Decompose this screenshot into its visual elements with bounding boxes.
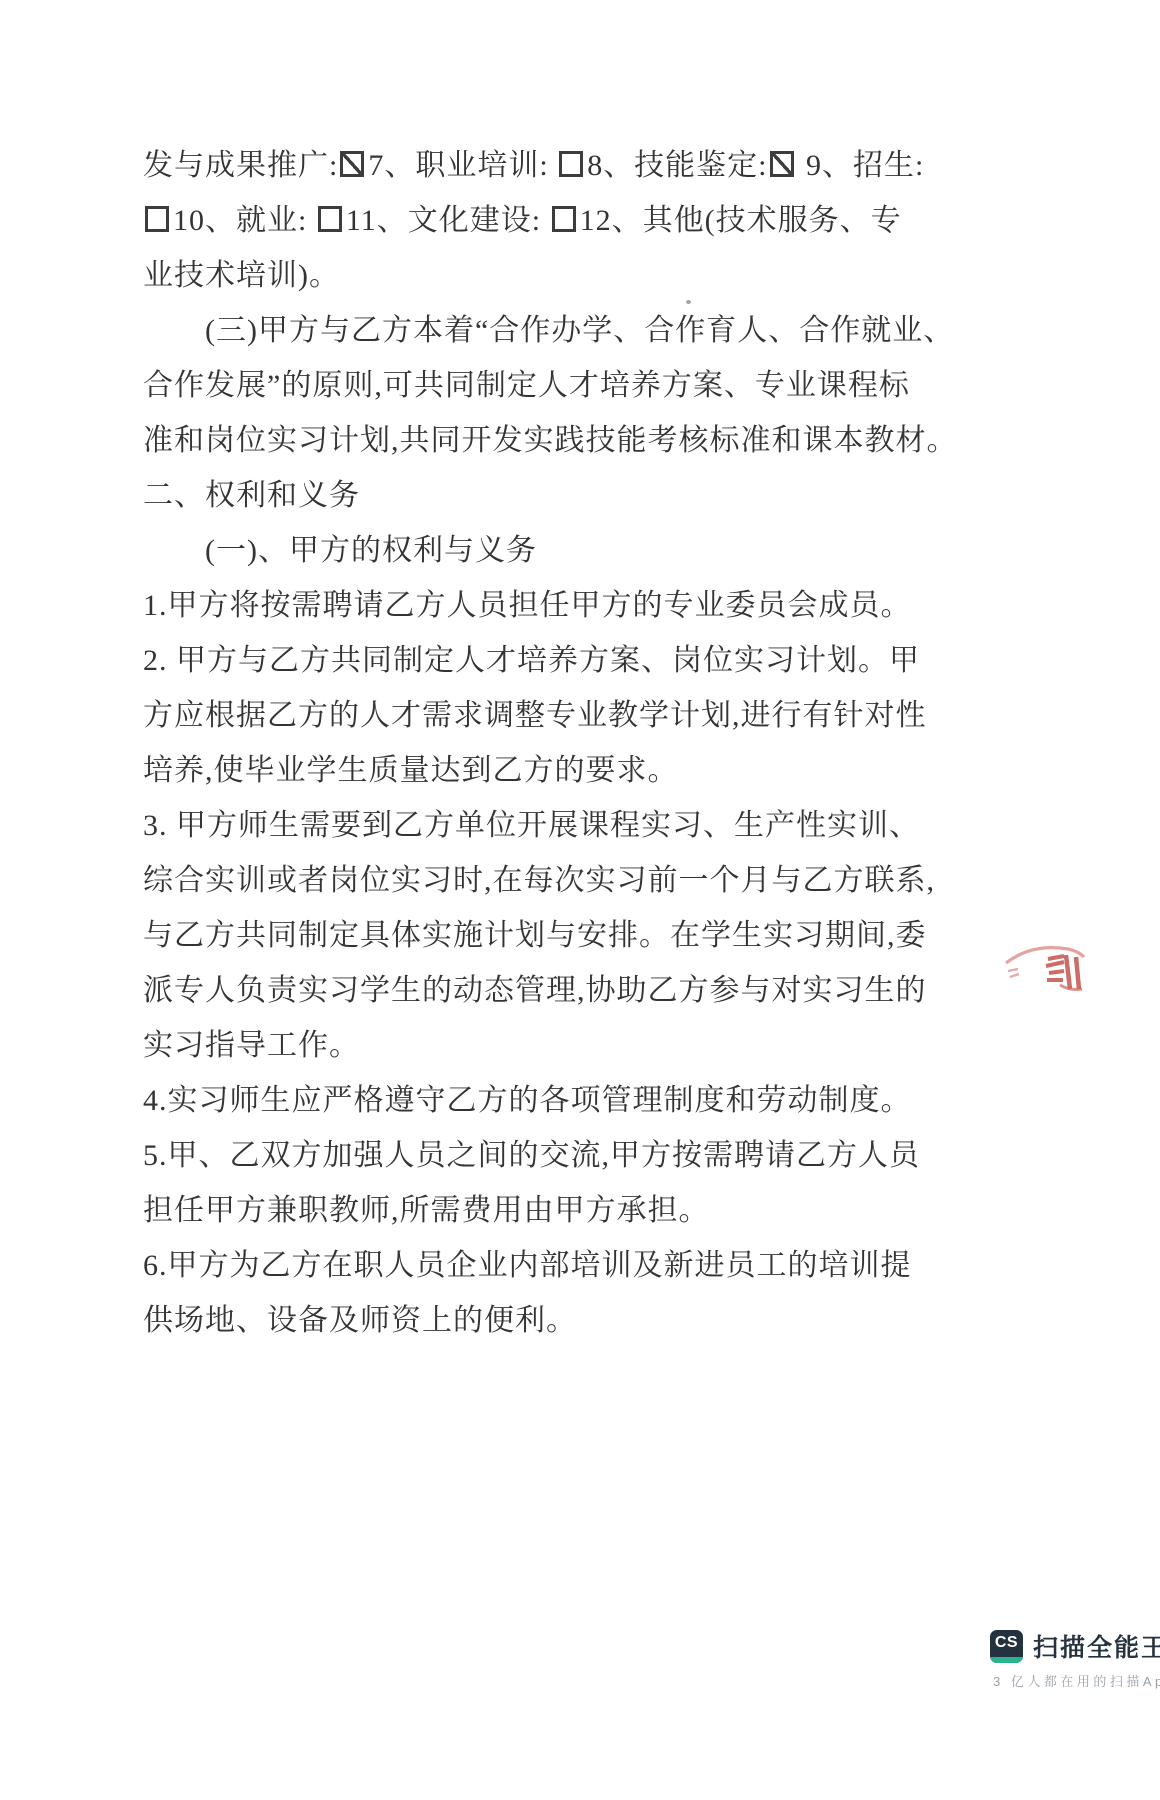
document-line: 与乙方共同制定具体实施计划与安排。在学生实习期间,委 — [143, 908, 928, 963]
text-run: 6.甲方为乙方在职人员企业内部培训及新进员工的培训提 — [143, 1249, 912, 1282]
text-run: (一)、甲方的权利与义务 — [205, 534, 537, 567]
checkbox-unchecked-icon — [559, 151, 583, 177]
scan-speck — [686, 300, 691, 304]
text-run: 担任甲方兼职教师,所需费用由甲方承担。 — [143, 1194, 710, 1227]
document-line: 供场地、设备及师资上的便利。 — [143, 1293, 928, 1348]
text-run: 方应根据乙方的人才需求调整专业教学计划,进行有针对性 — [143, 699, 927, 732]
cs-letters: CS — [995, 1630, 1018, 1656]
checkbox-unchecked-icon — [552, 206, 576, 232]
text-run: 供场地、设备及师资上的便利。 — [143, 1304, 577, 1337]
text-run: 综合实训或者岗位实习时,在每次实习前一个月与乙方联系, — [143, 864, 935, 897]
text-run: 与乙方共同制定具体实施计划与安排。在学生实习期间,委 — [143, 919, 927, 952]
text-run: 4.实习师生应严格遵守乙方的各项管理制度和劳动制度。 — [143, 1084, 912, 1117]
camscanner-watermark: CS 扫描全能王™ 3 亿人都在用的扫描App — [990, 1628, 1160, 1690]
document-line: 二、权利和义务 — [143, 468, 928, 523]
text-run: 二、权利和义务 — [143, 479, 360, 512]
text-run: 发与成果推广: — [143, 149, 338, 182]
text-run: 9、招生: — [798, 149, 925, 182]
document-line: 培养,使毕业学生质量达到乙方的要求。 — [143, 743, 928, 798]
document-line: 4.实习师生应严格遵守乙方的各项管理制度和劳动制度。 — [143, 1073, 928, 1128]
document-line: 实习指导工作。 — [143, 1018, 928, 1073]
document-line: 1.甲方将按需聘请乙方人员担任甲方的专业委员会成员。 — [143, 578, 928, 633]
text-run: 实习指导工作。 — [143, 1029, 360, 1062]
document-line: 合作发展”的原则,可共同制定人才培养方案、专业课程标 — [143, 358, 928, 413]
camscanner-brand-name: 扫描全能王™ — [1033, 1628, 1160, 1664]
text-run: 12、其他(技术服务、专 — [580, 204, 902, 237]
document-line: 业技术培训)。 — [143, 248, 928, 303]
text-run: 培养,使毕业学生质量达到乙方的要求。 — [143, 754, 679, 787]
camscanner-tagline: 3 亿人都在用的扫描App — [993, 1671, 1160, 1690]
text-run: 5.甲、乙双方加强人员之间的交流,甲方按需聘请乙方人员 — [143, 1139, 920, 1172]
document-line: 准和岗位实习计划,共同开发实践技能考核标准和课本教材。 — [143, 413, 928, 468]
document-body: 发与成果推广:7、职业培训: 8、技能鉴定: 9、招生:10、就业: 11、文化… — [143, 138, 928, 1348]
document-line: 派专人负责实习学生的动态管理,协助乙方参与对实习生的 — [143, 963, 928, 1018]
camscanner-logo-icon: CS — [990, 1630, 1023, 1663]
document-line: 发与成果推广:7、职业培训: 8、技能鉴定: 9、招生: — [143, 138, 928, 193]
document-line: 6.甲方为乙方在职人员企业内部培训及新进员工的培训提 — [143, 1238, 928, 1293]
text-run: 8、技能鉴定: — [587, 149, 767, 182]
checkbox-unchecked-icon — [318, 206, 342, 232]
text-run: 合作发展”的原则,可共同制定人才培养方案、专业课程标 — [143, 369, 910, 402]
red-seal-stamp-fragment — [1002, 933, 1088, 1013]
brand-text: 扫描全能王 — [1033, 1634, 1160, 1662]
scanned-page: 发与成果推广:7、职业培训: 8、技能鉴定: 9、招生:10、就业: 11、文化… — [0, 0, 1160, 1800]
document-line: (三)甲方与乙方本着“合作办学、合作育人、合作就业、 — [143, 303, 928, 358]
checkbox-unchecked-icon — [145, 206, 169, 232]
document-line: 2. 甲方与乙方共同制定人才培养方案、岗位实习计划。甲 — [143, 633, 928, 688]
cs-icon-accent-strip — [990, 1657, 1023, 1663]
text-run: 业技术培训)。 — [143, 259, 340, 292]
document-line: 3. 甲方师生需要到乙方单位开展课程实习、生产性实训、 — [143, 798, 928, 853]
text-run: 派专人负责实习学生的动态管理,协助乙方参与对实习生的 — [143, 974, 927, 1007]
document-line: 10、就业: 11、文化建设: 12、其他(技术服务、专 — [143, 193, 928, 248]
text-run: (三)甲方与乙方本着“合作办学、合作育人、合作就业、 — [205, 314, 954, 347]
checkbox-checked-icon — [770, 151, 794, 177]
checkbox-checked-icon — [340, 151, 364, 177]
document-line: 方应根据乙方的人才需求调整专业教学计划,进行有针对性 — [143, 688, 928, 743]
text-run: 准和岗位实习计划,共同开发实践技能考核标准和课本教材。 — [143, 424, 958, 457]
text-run: 3. 甲方师生需要到乙方单位开展课程实习、生产性实训、 — [143, 809, 920, 842]
text-run: 10、就业: — [173, 204, 316, 237]
document-line: 综合实训或者岗位实习时,在每次实习前一个月与乙方联系, — [143, 853, 928, 908]
document-line: 5.甲、乙双方加强人员之间的交流,甲方按需聘请乙方人员 — [143, 1128, 928, 1183]
text-run: 7、职业培训: — [368, 149, 557, 182]
document-line: 担任甲方兼职教师,所需费用由甲方承担。 — [143, 1183, 928, 1238]
text-run: 11、文化建设: — [346, 204, 550, 237]
text-run: 2. 甲方与乙方共同制定人才培养方案、岗位实习计划。甲 — [143, 644, 920, 677]
document-line: (一)、甲方的权利与义务 — [143, 523, 928, 578]
text-run: 1.甲方将按需聘请乙方人员担任甲方的专业委员会成员。 — [143, 589, 912, 622]
